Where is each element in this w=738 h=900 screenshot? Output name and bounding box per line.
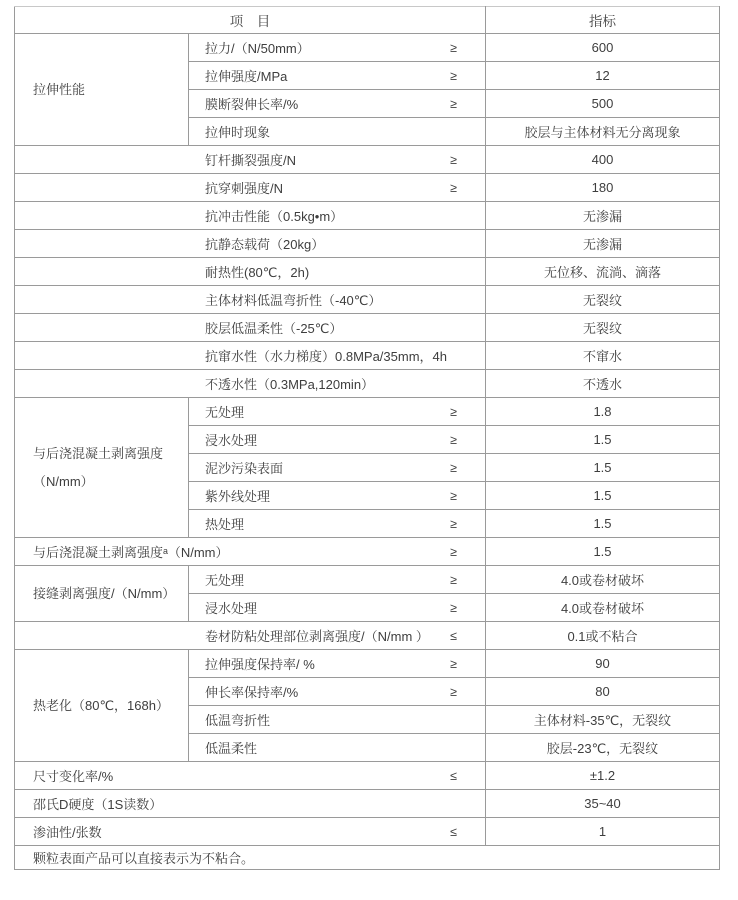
compare-symbol: ≥	[442, 517, 457, 531]
row-value: 1.8	[486, 398, 720, 426]
item-cell: 膜断裂伸长率/%≥	[189, 90, 486, 118]
row-label: 膜断裂伸长率/%	[205, 94, 298, 113]
item-cell: 胶层低温柔性（-25℃）	[15, 314, 486, 342]
compare-symbol: ≥	[442, 153, 457, 167]
row-label: 不透水性（0.3MPa,120min）	[205, 374, 374, 393]
item-cell: 紫外线处理≥	[189, 482, 486, 510]
row-label: 浸水处理	[205, 598, 257, 617]
row-label: 抗窜水性（水力梯度）0.8MPa/35mm，4h	[205, 346, 447, 365]
row-value: 无渗漏	[486, 202, 720, 230]
compare-symbol: ≥	[442, 685, 457, 699]
row-value: 4.0或卷材破坏	[486, 566, 720, 594]
compare-symbol: ≤	[442, 629, 457, 643]
header-item: 项 目	[15, 7, 486, 34]
item-cell: 无处理≥	[189, 566, 486, 594]
table-row: 抗窜水性（水力梯度）0.8MPa/35mm，4h 不窜水	[15, 342, 720, 370]
row-value: 80	[486, 678, 720, 706]
row-label: 抗静态载荷（20kg）	[205, 234, 324, 253]
row-value: 无渗漏	[486, 230, 720, 258]
table-row: 抗静态载荷（20kg） 无渗漏	[15, 230, 720, 258]
table-row: 不透水性（0.3MPa,120min） 不透水	[15, 370, 720, 398]
compare-symbol: ≥	[442, 461, 457, 475]
row-label: 低温柔性	[205, 738, 257, 757]
compare-symbol: ≥	[442, 489, 457, 503]
item-cell: 拉力/（N/50mm）≥	[189, 34, 486, 62]
row-label: 抗穿刺强度/N	[205, 178, 283, 197]
item-cell: 不透水性（0.3MPa,120min）	[15, 370, 486, 398]
compare-symbol: ≥	[442, 601, 457, 615]
table-row: 与后浇混凝土剥离强度 （N/mm） 无处理≥ 1.8	[15, 398, 720, 426]
item-cell: 泥沙污染表面≥	[189, 454, 486, 482]
compare-symbol: ≤	[442, 769, 457, 783]
row-label: 耐热性(80℃，2h)	[205, 262, 309, 281]
row-value: 600	[486, 34, 720, 62]
row-value: 500	[486, 90, 720, 118]
header-row: 项 目 指标	[15, 7, 720, 34]
footnote: 颗粒表面产品可以直接表示为不粘合。	[15, 846, 720, 870]
item-cell: 耐热性(80℃，2h)	[15, 258, 486, 286]
row-value: 1.5	[486, 510, 720, 538]
row-value: 胶层与主体材料无分离现象	[486, 118, 720, 146]
table-row: 接缝剥离强度/（N/mm） 无处理≥ 4.0或卷材破坏	[15, 566, 720, 594]
table-row: 耐热性(80℃，2h) 无位移、流淌、滴落	[15, 258, 720, 286]
table-row: 与后浇混凝土剥离强度ᵃ（N/mm）≥ 1.5	[15, 538, 720, 566]
row-value: 不透水	[486, 370, 720, 398]
item-cell: 渗油性/张数≤	[15, 818, 486, 846]
table-row: 热老化（80℃，168h） 拉伸强度保持率/ %≥ 90	[15, 650, 720, 678]
row-value: 无位移、流淌、滴落	[486, 258, 720, 286]
page: 项 目 指标 拉伸性能 拉力/（N/50mm）≥ 600 拉伸强度/MPa≥ 1…	[0, 0, 738, 900]
row-value: 35~40	[486, 790, 720, 818]
row-value: ±1.2	[486, 762, 720, 790]
group-cell: 与后浇混凝土剥离强度 （N/mm）	[15, 398, 189, 538]
item-cell: 尺寸变化率/%≤	[15, 762, 486, 790]
item-cell: 热处理≥	[189, 510, 486, 538]
row-label: 卷材防粘处理部位剥离强度/（N/mm ）	[205, 626, 429, 645]
item-cell: 抗窜水性（水力梯度）0.8MPa/35mm，4h	[15, 342, 486, 370]
row-label: 热处理	[205, 514, 244, 533]
row-value: 胶层-23℃，无裂纹	[486, 734, 720, 762]
row-label: 主体材料低温弯折性（-40℃）	[205, 290, 381, 309]
row-label: 尺寸变化率/%	[33, 766, 113, 785]
row-label: 拉伸时现象	[205, 122, 270, 141]
row-label: 泥沙污染表面	[205, 458, 283, 477]
row-value: 1	[486, 818, 720, 846]
group-cell: 接缝剥离强度/（N/mm）	[15, 566, 189, 622]
item-cell: 抗冲击性能（0.5kg•m）	[15, 202, 486, 230]
compare-symbol: ≥	[442, 97, 457, 111]
compare-symbol: ≥	[442, 573, 457, 587]
item-cell: 低温弯折性	[189, 706, 486, 734]
table-row: 抗穿刺强度/N≥ 180	[15, 174, 720, 202]
item-cell: 拉伸时现象	[189, 118, 486, 146]
row-label: 低温弯折性	[205, 710, 270, 729]
row-label: 拉伸强度/MPa	[205, 66, 287, 85]
item-cell: 拉伸强度保持率/ %≥	[189, 650, 486, 678]
item-cell: 拉伸强度/MPa≥	[189, 62, 486, 90]
row-value: 无裂纹	[486, 314, 720, 342]
table-row: 邵氏D硬度（1S读数） 35~40	[15, 790, 720, 818]
row-label: 抗冲击性能（0.5kg•m）	[205, 206, 343, 225]
spec-table: 项 目 指标 拉伸性能 拉力/（N/50mm）≥ 600 拉伸强度/MPa≥ 1…	[14, 6, 720, 870]
row-label: 渗油性/张数	[33, 822, 102, 841]
row-label: 伸长率保持率/%	[205, 682, 298, 701]
row-label: 紫外线处理	[205, 486, 270, 505]
row-label: 无处理	[205, 570, 244, 589]
item-cell: 钉杆撕裂强度/N≥	[15, 146, 486, 174]
item-cell: 卷材防粘处理部位剥离强度/（N/mm ）≤	[15, 622, 486, 650]
row-value: 不窜水	[486, 342, 720, 370]
row-value: 180	[486, 174, 720, 202]
item-cell: 抗静态载荷（20kg）	[15, 230, 486, 258]
group-cell: 热老化（80℃，168h）	[15, 650, 189, 762]
row-label: 与后浇混凝土剥离强度ᵃ（N/mm）	[33, 542, 229, 561]
footnote-row: 颗粒表面产品可以直接表示为不粘合。	[15, 846, 720, 870]
compare-symbol: ≥	[442, 433, 457, 447]
row-label: 邵氏D硬度（1S读数）	[33, 794, 162, 813]
row-value: 400	[486, 146, 720, 174]
table-row: 拉伸性能 拉力/（N/50mm）≥ 600	[15, 34, 720, 62]
row-label: 拉伸强度保持率/ %	[205, 654, 315, 673]
table-row: 抗冲击性能（0.5kg•m） 无渗漏	[15, 202, 720, 230]
row-value: 4.0或卷材破坏	[486, 594, 720, 622]
row-label: 浸水处理	[205, 430, 257, 449]
row-label: 钉杆撕裂强度/N	[205, 150, 296, 169]
compare-symbol: ≤	[442, 825, 457, 839]
row-value: 0.1或不粘合	[486, 622, 720, 650]
table-row: 胶层低温柔性（-25℃） 无裂纹	[15, 314, 720, 342]
row-value: 90	[486, 650, 720, 678]
row-label: 无处理	[205, 402, 244, 421]
table-row: 渗油性/张数≤ 1	[15, 818, 720, 846]
row-label: 胶层低温柔性（-25℃）	[205, 318, 342, 337]
table-row: 尺寸变化率/%≤ ±1.2	[15, 762, 720, 790]
item-cell: 与后浇混凝土剥离强度ᵃ（N/mm）≥	[15, 538, 486, 566]
item-cell: 抗穿刺强度/N≥	[15, 174, 486, 202]
row-value: 1.5	[486, 454, 720, 482]
group-cell: 拉伸性能	[15, 34, 189, 146]
row-value: 12	[486, 62, 720, 90]
row-value: 主体材料-35℃，无裂纹	[486, 706, 720, 734]
compare-symbol: ≥	[442, 69, 457, 83]
item-cell: 主体材料低温弯折性（-40℃）	[15, 286, 486, 314]
compare-symbol: ≥	[442, 181, 457, 195]
item-cell: 伸长率保持率/%≥	[189, 678, 486, 706]
row-value: 无裂纹	[486, 286, 720, 314]
row-label: 拉力/（N/50mm）	[205, 38, 310, 57]
compare-symbol: ≥	[442, 545, 457, 559]
compare-symbol: ≥	[442, 41, 457, 55]
compare-symbol: ≥	[442, 405, 457, 419]
table-row: 卷材防粘处理部位剥离强度/（N/mm ）≤ 0.1或不粘合	[15, 622, 720, 650]
item-cell: 浸水处理≥	[189, 426, 486, 454]
compare-symbol: ≥	[442, 657, 457, 671]
table-row: 钉杆撕裂强度/N≥ 400	[15, 146, 720, 174]
row-value: 1.5	[486, 482, 720, 510]
table-row: 主体材料低温弯折性（-40℃） 无裂纹	[15, 286, 720, 314]
item-cell: 浸水处理≥	[189, 594, 486, 622]
header-indicator: 指标	[486, 7, 720, 34]
row-value: 1.5	[486, 426, 720, 454]
item-cell: 低温柔性	[189, 734, 486, 762]
item-cell: 无处理≥	[189, 398, 486, 426]
item-cell: 邵氏D硬度（1S读数）	[15, 790, 486, 818]
row-value: 1.5	[486, 538, 720, 566]
